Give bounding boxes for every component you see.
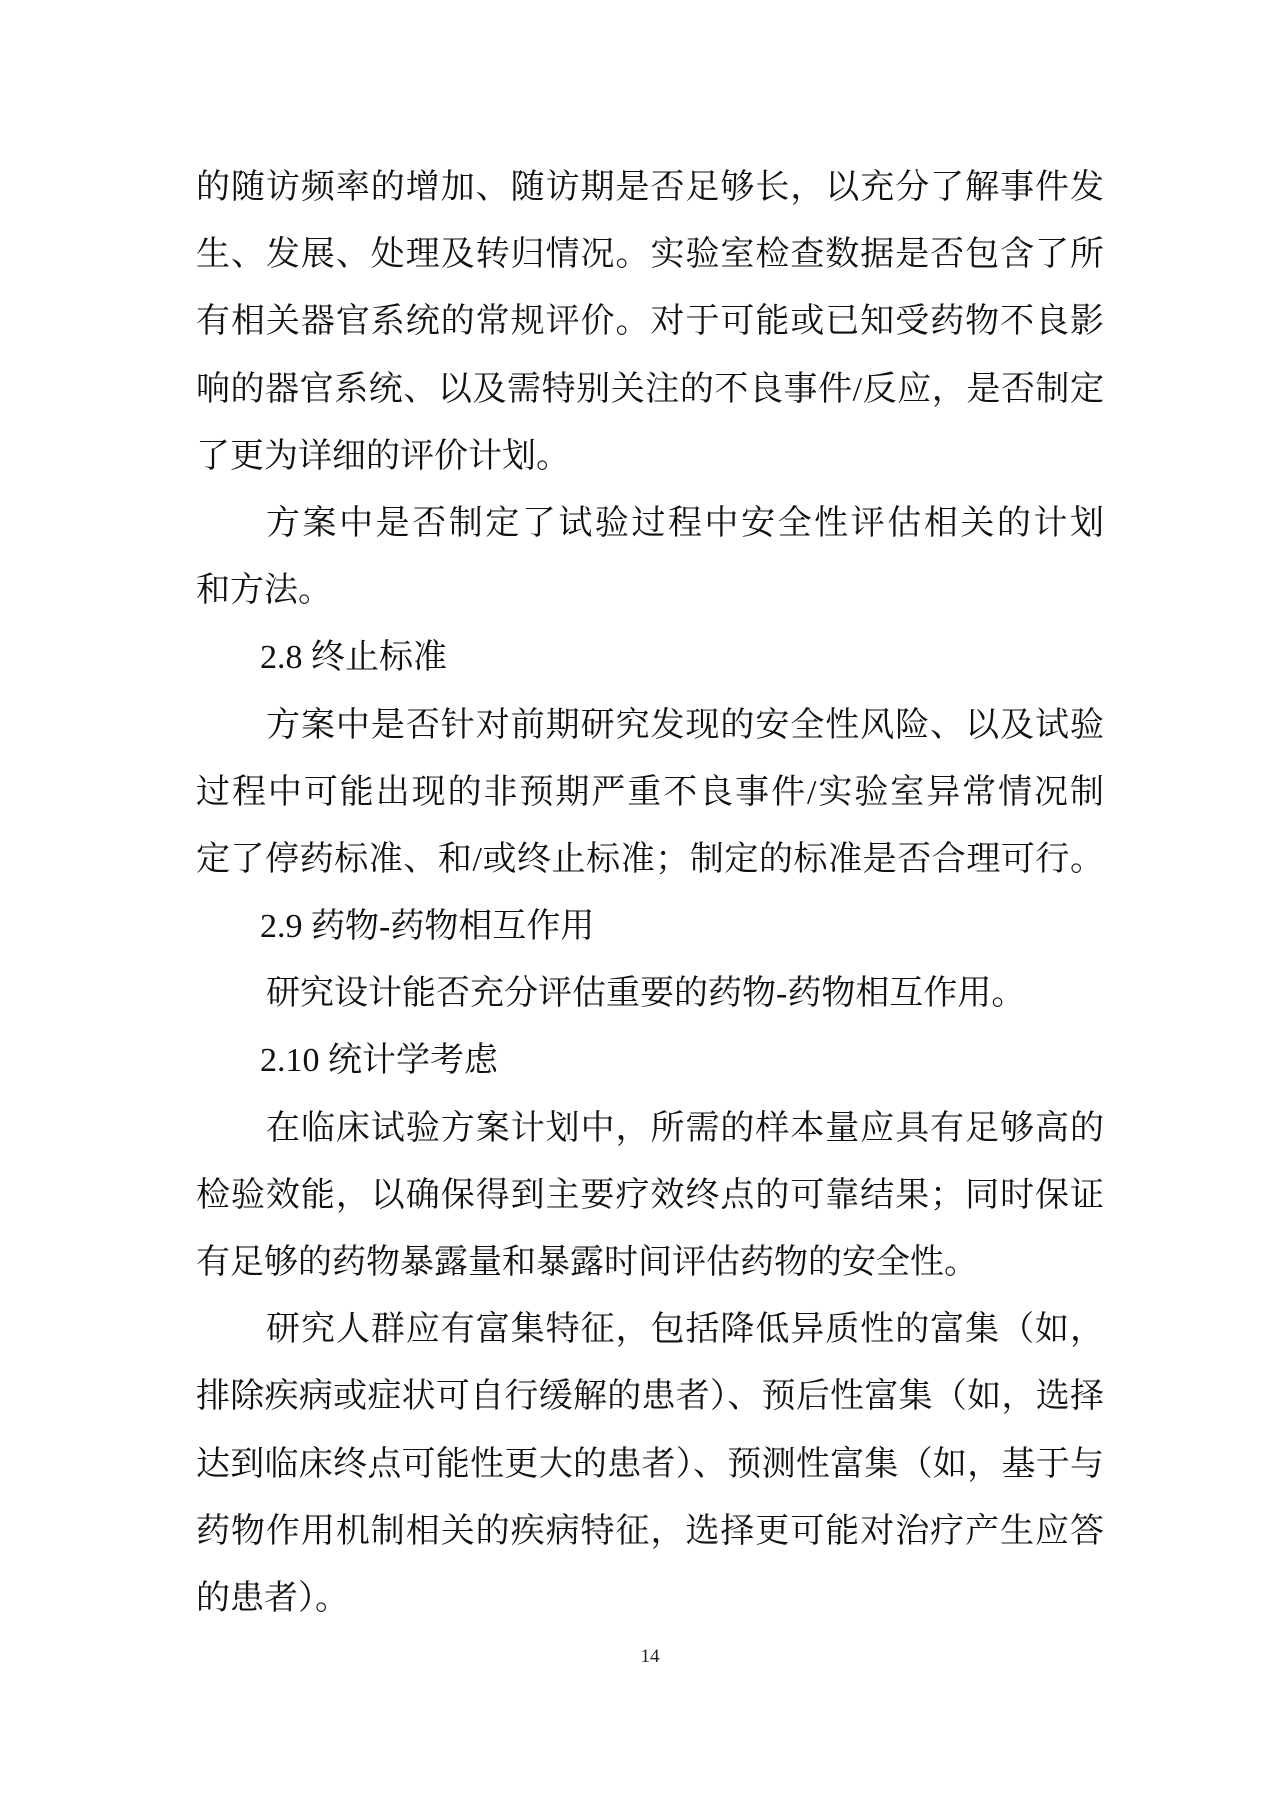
text-line: 定了停药标准、和/或终止标准；制定的标准是否合理可行。 (196, 826, 1104, 893)
body-text: 的随访频率的增加、随访期是否足够长，以充分了解事件发 生、发展、处理及转归情况。… (196, 154, 1104, 1632)
text-line: 生、发展、处理及转归情况。实验室检查数据是否包含了所 (196, 221, 1104, 288)
text-line: 药物作用机制相关的疾病特征，选择更可能对治疗产生应答 (196, 1498, 1104, 1565)
text-line: 检验效能，以确保得到主要疗效终点的可靠结果；同时保证 (196, 1162, 1104, 1229)
text-line: 的随访频率的增加、随访期是否足够长，以充分了解事件发 (196, 154, 1104, 221)
text-line: 的患者）。 (196, 1565, 1104, 1632)
text-line: 响的器官系统、以及需特别关注的不良事件/反应，是否制定 (196, 356, 1104, 423)
text-line: 和方法。 (196, 557, 1104, 624)
text-line: 研究设计能否充分评估重要的药物-药物相互作用。 (196, 960, 1104, 1027)
heading-2-8: 2.8 终止标准 (196, 624, 1104, 691)
text-line: 研究人群应有富集特征，包括降低异质性的富集（如， (196, 1296, 1104, 1363)
text-line: 了更为详细的评价计划。 (196, 423, 1104, 490)
text-line: 方案中是否针对前期研究发现的安全性风险、以及试验 (196, 692, 1104, 759)
text-line: 方案中是否制定了试验过程中安全性评估相关的计划 (196, 490, 1104, 557)
page-number: 14 (196, 1645, 1104, 1669)
heading-2-9: 2.9 药物-药物相互作用 (196, 893, 1104, 960)
text-line: 有足够的药物暴露量和暴露时间评估药物的安全性。 (196, 1229, 1104, 1296)
text-line: 过程中可能出现的非预期严重不良事件/实验室异常情况制 (196, 759, 1104, 826)
text-line: 在临床试验方案计划中，所需的样本量应具有足够高的 (196, 1095, 1104, 1162)
text-line: 达到临床终点可能性更大的患者）、预测性富集（如，基于与 (196, 1431, 1104, 1498)
heading-2-10: 2.10 统计学考虑 (196, 1027, 1104, 1094)
text-line: 有相关器官系统的常规评价。对于可能或已知受药物不良影 (196, 288, 1104, 355)
document-page: 的随访频率的增加、随访期是否足够长，以充分了解事件发 生、发展、处理及转归情况。… (0, 0, 1280, 1810)
text-line: 排除疾病或症状可自行缓解的患者）、预后性富集（如，选择 (196, 1363, 1104, 1430)
